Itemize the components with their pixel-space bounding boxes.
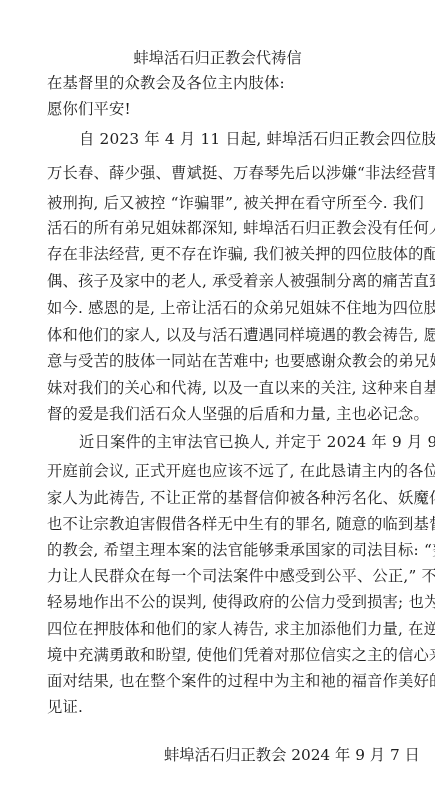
paragraph-line: 活石的所有弟兄姐妹都深知, 蚌埠活石归正教会没有任何人 [47,219,387,237]
paragraph-line: 轻易地作出不公的误判, 使得政府的公信力受到损害; 也为 [47,593,387,611]
paragraph-line: 被刑拘, 后又被控 “诈骗罪”, 被关押在看守所至今. 我们 [47,194,387,212]
paragraph-line: 存在非法经营, 更不存在诈骗, 我们被关押的四位肢体的配 [47,245,387,263]
salutation: 在基督里的众教会及各位主内肢体: [47,74,387,92]
paragraph-line: 的教会, 希望主理本案的法官能够秉承国家的司法目标: “努 [47,541,387,559]
paragraph-line: 四位在押肢体和他们的家人祷告, 求主加添他们力量, 在逆 [47,620,387,638]
paragraph-line: 意与受苦的肢体一同站在苦难中; 也要感谢众教会的弟兄姐 [47,352,387,370]
paragraph-line: 万长春、薛少强、曹斌挺、万春琴先后以涉嫌“非法经营罪” [47,164,387,182]
paragraph-line: 体和他们的家人, 以及与活石遭遇同样境遇的教会祷告, 愿 [47,326,387,344]
paragraph-line: 如今. 感恩的是, 上帝让活石的众弟兄姐妹不住地为四位肢 [47,299,387,317]
letter-title: 蚌埠活石归正教会代祷信 [0,49,435,67]
greeting: 愿你们平安! [47,100,387,118]
paragraph-line: 近日案件的主审法官已换人, 并定于 2024 年 9 月 9 日 [79,433,387,451]
paragraph-line: 力让人民群众在每一个司法案件中感受到公平、公正,” 不 [47,567,387,585]
paragraph-line: 督的爱是我们活石众人坚强的后盾和力量, 主也必记念。 [47,405,387,423]
paragraph-line: 开庭前会议, 正式开庭也应该不远了, 在此恳请主内的各位 [47,462,387,480]
paragraph-line: 境中充满勇敢和盼望, 使他们凭着对那位信实之主的信心来 [47,646,387,664]
paragraph-line: 家人为此祷告, 不让正常的基督信仰被各种污名化、妖魔化, [47,489,387,507]
paragraph-line: 见证. [47,698,387,716]
paragraph-line: 也不让宗教迫害假借各样无中生有的罪名, 随意的临到基督 [47,515,387,533]
paragraph-line: 面对结果, 也在整个案件的过程中为主和祂的福音作美好的 [47,672,387,690]
paragraph-line: 偶、孩子及家中的老人, 承受着亲人被强制分离的痛苦直到 [47,272,387,290]
paragraph-line: 妹对我们的关心和代祷, 以及一直以来的关注, 这种来自基 [47,379,387,397]
signature: 蚌埠活石归正教会 2024 年 9 月 7 日 [164,746,420,764]
paragraph-line: 自 2023 年 4 月 11 日起, 蚌埠活石归正教会四位肢体, [79,130,387,148]
